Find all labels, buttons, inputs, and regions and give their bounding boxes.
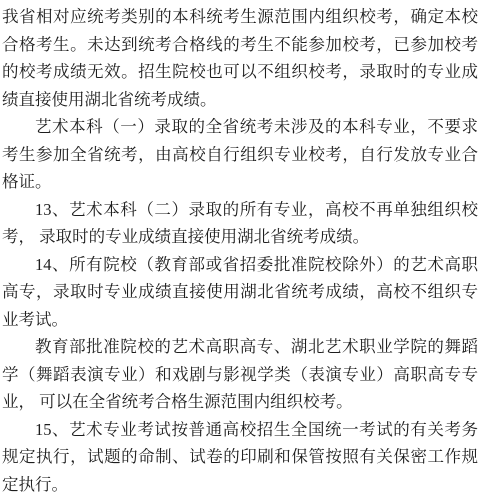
text-line: 规定执行，试题的命制、试卷的印刷和保管按照有关保密工作规 — [2, 443, 478, 471]
text-line: 13、艺术本科（二）录取的所有专业，高校不再单独组织校 — [2, 196, 478, 224]
text-line: 格证。 — [2, 168, 478, 196]
text-line: 定执行。 — [2, 471, 478, 498]
text-line: 艺术本科（一）录取的全省统考未涉及的本科专业，不要求 — [2, 113, 478, 141]
text-line: 的校考成绩无效。招生院校也可以不组织校考，录取时的专业成 — [2, 58, 478, 86]
text-line: 考， 录取时的专业成绩直接使用湖北省统考成绩。 — [2, 223, 478, 251]
text-line: 14、所有院校（教育部或省招委批准院校除外）的艺术高职 — [2, 251, 478, 279]
text-line: 高专，录取时专业成绩直接使用湖北省统考成绩，高校不组织专 — [2, 278, 478, 306]
text-line: 考生参加全省统考，由高校自行组织专业校考，自行发放专业合 — [2, 141, 478, 169]
document-page: 我省相对应统考类别的本科统考生源范围内组织校考，确定本校合格考生。未达到统考合格… — [0, 0, 480, 498]
text-line: 我省相对应统考类别的本科统考生源范围内组织校考，确定本校 — [2, 3, 478, 31]
document-text: 我省相对应统考类别的本科统考生源范围内组织校考，确定本校合格考生。未达到统考合格… — [2, 3, 478, 498]
text-line: 学（舞蹈表演专业）和戏剧与影视学类（表演专业）高职高专专 — [2, 361, 478, 389]
text-line: 业， 可以在全省统考合格生源范围内组织校考。 — [2, 388, 478, 416]
text-line: 15、艺术专业考试按普通高校招生全国统一考试的有关考务 — [2, 416, 478, 444]
text-line: 教育部批准院校的艺术高职高专、湖北艺术职业学院的舞蹈 — [2, 333, 478, 361]
text-line: 合格考生。未达到统考合格线的考生不能参加校考，已参加校考 — [2, 31, 478, 59]
text-line: 业考试。 — [2, 306, 478, 334]
text-line: 绩直接使用湖北省统考成绩。 — [2, 86, 478, 114]
